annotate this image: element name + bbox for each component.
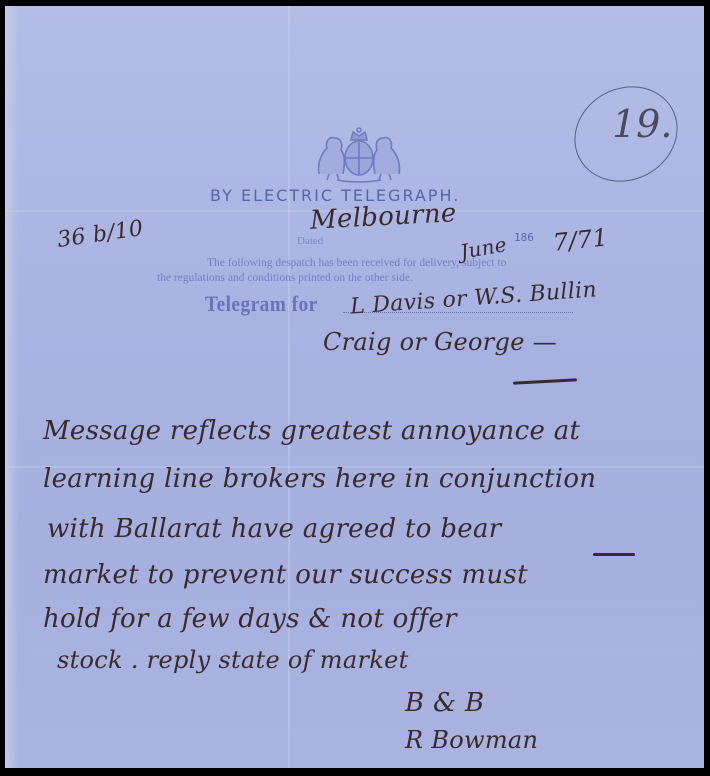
message-line: with Ballarat have agreed to bear bbox=[47, 514, 501, 544]
ruled-line bbox=[35, 509, 695, 510]
underline-mark bbox=[513, 378, 577, 384]
message-line: Message reflects greatest annoyance at bbox=[43, 416, 580, 446]
handwritten-reference: 36 b/10 bbox=[56, 216, 145, 253]
ruled-line bbox=[35, 461, 695, 462]
message-line: stock . reply state of market bbox=[57, 646, 409, 674]
despatch-notice-line: The following despatch has been received… bbox=[157, 256, 597, 271]
telegram-for-label: Telegram for bbox=[205, 291, 318, 317]
message-line: learning line brokers here in conjunctio… bbox=[43, 464, 596, 494]
royal-crest-icon bbox=[307, 124, 411, 184]
handwritten-day: 7/71 bbox=[552, 223, 610, 257]
message-line: market to prevent our success must bbox=[43, 560, 528, 590]
telegram-paper: BY ELECTRIC TELEGRAPH. Dated 186 The fol… bbox=[5, 6, 704, 768]
signature-name: R Bowman bbox=[405, 726, 538, 754]
underline-mark bbox=[593, 553, 635, 556]
handwritten-recipient-line: Craig or George — bbox=[323, 328, 557, 356]
message-line: hold for a few days & not offer bbox=[43, 604, 457, 634]
doc-number: 19. bbox=[612, 102, 672, 146]
ruled-line bbox=[35, 557, 695, 558]
year-prefix: 186 bbox=[514, 231, 534, 244]
handwritten-place: Melbourne bbox=[309, 198, 457, 236]
place-label: Dated bbox=[297, 235, 323, 247]
signature-initials: B & B bbox=[405, 688, 484, 718]
